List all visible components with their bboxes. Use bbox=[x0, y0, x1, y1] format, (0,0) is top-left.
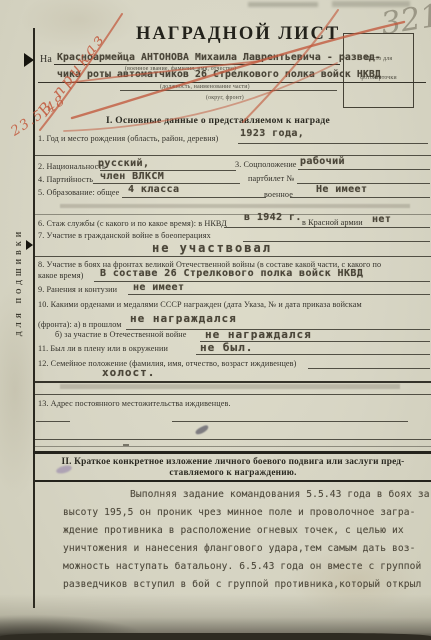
field-value-education: 4 класса bbox=[128, 184, 179, 195]
caption-district-front: (округ, фронт) bbox=[206, 95, 244, 101]
rule-line bbox=[290, 197, 430, 198]
paper-stain bbox=[20, 0, 140, 50]
rule-line bbox=[224, 227, 430, 228]
citation-line: разведчиков вступил в бой с группой прот… bbox=[63, 576, 425, 594]
field-value-awards-past: не награждался bbox=[130, 312, 237, 325]
field-value-nationality: русский, bbox=[98, 158, 149, 169]
rule-line bbox=[35, 155, 431, 156]
citation-line: высоту 195,5 он проник чрез минное поле … bbox=[63, 504, 425, 522]
rule-line bbox=[35, 381, 431, 383]
field-label-service: 6. Стаж службы (с какого и по какое врем… bbox=[38, 219, 227, 228]
section-divider bbox=[33, 451, 431, 454]
section2-heading-line1: II. Краткое конкретное изложение личного… bbox=[35, 457, 431, 467]
field-value-military-education: Не имеет bbox=[316, 184, 367, 195]
rule-line bbox=[36, 421, 70, 422]
section2-heading-line2: ставляемого к награждению. bbox=[35, 468, 431, 478]
rule-line bbox=[238, 143, 428, 144]
rule-line bbox=[120, 90, 337, 91]
filing-margin-label: ДЛЯ ПОДШИВКИ bbox=[15, 222, 23, 342]
field-value-pow: не был. bbox=[200, 341, 253, 354]
citation-line: ждение противника в расположение огневых… bbox=[63, 522, 425, 540]
section1-heading: I. Основные данные о представляемом к на… bbox=[18, 116, 418, 126]
field-value-red-army: нет bbox=[372, 214, 391, 225]
field-label-education: 5. Образование: общее bbox=[38, 188, 119, 197]
citation-line: можность наступать батальону. 6.5.43 год… bbox=[63, 558, 425, 576]
rule-line bbox=[35, 446, 431, 447]
field-value-wounds: не имеет bbox=[133, 282, 184, 293]
field-value-awards-patriotic-war: не награждался bbox=[205, 328, 312, 341]
field-label-dependents-address: 13. Адрес постоянного местожительства иж… bbox=[38, 399, 231, 408]
field-label-pow: 11. Был ли в плену или в окружении bbox=[38, 344, 168, 353]
rule-line bbox=[172, 421, 408, 422]
field-label-party: 4. Партийность bbox=[38, 175, 93, 184]
field-label-civil-war: 7. Участие в гражданской войне в боеопер… bbox=[38, 231, 211, 240]
field-value-party: член ВЛКСМ bbox=[100, 171, 164, 182]
field-label-social-status: 3. Соцположение bbox=[235, 160, 297, 169]
field-value-birth: 1923 года, bbox=[240, 128, 304, 139]
field-label-awards-line2: (фронта): а) в прошлом bbox=[38, 320, 122, 329]
field-value-service-nkvd: в 1942 г. bbox=[244, 212, 302, 223]
field-label-combat-line2: какое время) bbox=[38, 271, 83, 280]
na-label: На bbox=[40, 54, 52, 65]
field-value-family: холост. bbox=[102, 366, 155, 379]
award-sheet-scan: ДЛЯ ПОДШИВКИ НАГРАДНОЙ ЛИСТ 321 Место дл… bbox=[0, 0, 431, 640]
field-label-awards-line1: 10. Какими орденами и медалями СССР нагр… bbox=[38, 300, 362, 309]
citation-paragraph: Выполняя задание командования 5.5.43 год… bbox=[63, 486, 425, 593]
document-title: НАГРАДНОЙ ЛИСТ bbox=[136, 24, 340, 45]
field-value-social-status: рабочий bbox=[300, 156, 345, 167]
field-label-nationality: 2. Национальность bbox=[38, 162, 106, 171]
field-value-civil-war: не участвовал bbox=[152, 241, 272, 255]
citation-line: уничтожения и нанесения флангового удара… bbox=[63, 540, 425, 558]
field-label-wounds: 9. Ранения и контузии bbox=[38, 285, 117, 294]
rule-line bbox=[196, 354, 430, 355]
field-label-birth: 1. Год и место рождения (область, район,… bbox=[38, 134, 218, 143]
field-label-party-card: партбилет № bbox=[248, 174, 294, 183]
bleed-through-text bbox=[248, 2, 318, 7]
recipient-name-line1: Красноармейца АНТОНОВА Михаила Лаврентье… bbox=[57, 52, 381, 63]
ink-blot bbox=[24, 53, 34, 67]
field-label-awards-patriotic-war: б) за участие в Отечественной войне bbox=[55, 330, 187, 339]
field-label-family: 12. Семейное положение (фамилия, имя, от… bbox=[38, 359, 296, 368]
rule-line bbox=[298, 169, 430, 170]
page-edge bbox=[0, 633, 431, 640]
rule-line bbox=[308, 368, 430, 369]
ink-blot bbox=[26, 240, 33, 250]
rule-line bbox=[128, 294, 430, 295]
heading-underline bbox=[35, 480, 431, 482]
rule-line bbox=[54, 64, 340, 65]
rule-line bbox=[35, 256, 431, 257]
rule-line bbox=[38, 82, 426, 83]
rule-line bbox=[35, 439, 431, 440]
rule-line bbox=[122, 197, 266, 198]
field-label-military-education: военное bbox=[264, 190, 293, 199]
citation-line: Выполняя задание командования 5.5.43 год… bbox=[63, 486, 425, 504]
ink-mark bbox=[194, 424, 209, 435]
field-value-combat: В составе 26 Стрелкового полка войск НКВ… bbox=[100, 268, 363, 279]
smudge-band bbox=[60, 384, 400, 389]
recipient-name-line2: чика роты автоматчиков 26 Стрелкового по… bbox=[57, 69, 381, 80]
smudge-band bbox=[60, 204, 410, 208]
rule-line bbox=[35, 394, 431, 395]
